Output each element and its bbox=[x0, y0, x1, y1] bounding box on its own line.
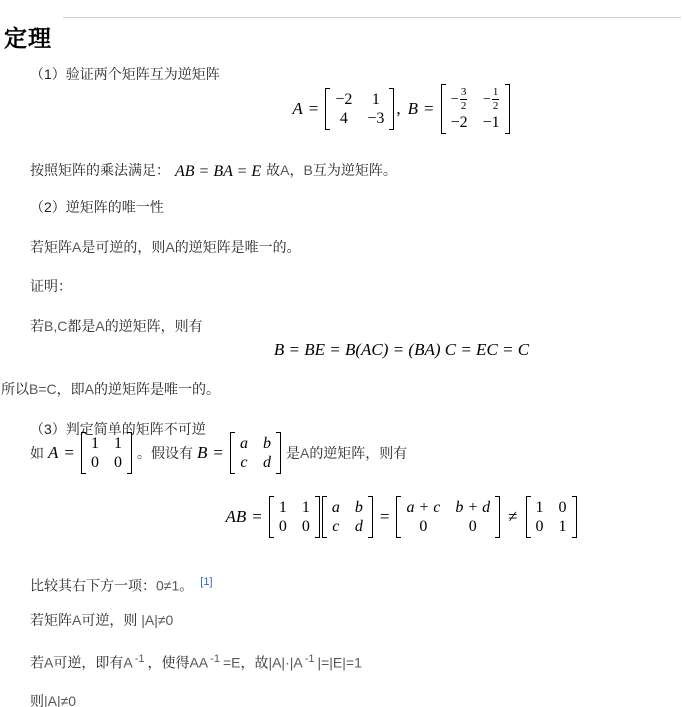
matrix-cell: 0 bbox=[302, 517, 310, 536]
denominator: 2 bbox=[460, 99, 468, 113]
expr-det-nonzero: |A|≠0 bbox=[141, 612, 173, 628]
matrix-B: a b c d bbox=[230, 432, 281, 474]
var-A: A bbox=[95, 318, 104, 334]
equals-sign: = bbox=[252, 507, 262, 527]
right-bracket bbox=[572, 496, 577, 538]
paragraph-text: 是 bbox=[286, 443, 300, 463]
right-bracket bbox=[368, 496, 373, 538]
paragraph-text: 所以 bbox=[1, 381, 29, 397]
matrix-cell: d bbox=[355, 517, 363, 536]
matrix-1: 1 1 0 0 bbox=[269, 496, 320, 538]
matrix-cell: 1 bbox=[536, 498, 544, 517]
section-heading: 定理 bbox=[4, 20, 52, 53]
expr-equals-E: =E bbox=[223, 655, 241, 671]
expr-b-equals-c: B=C bbox=[29, 381, 57, 397]
not-equal-sign: ≠ bbox=[508, 507, 517, 527]
heading-divider bbox=[63, 17, 681, 18]
superscript-inverse: -1 bbox=[210, 653, 220, 665]
paragraph-text: ，故 bbox=[240, 655, 268, 671]
paragraph-text: 的逆矩阵是唯一的。 bbox=[175, 239, 301, 255]
equals-sign: = bbox=[424, 99, 434, 119]
matrix-cell: 0 bbox=[114, 453, 122, 472]
fraction-cell: − 3 2 bbox=[451, 86, 467, 113]
matrix-cell: a bbox=[240, 434, 248, 453]
matrix-cell: b + d bbox=[455, 498, 490, 517]
paragraph-det-nonzero: 若矩阵A可逆，则 |A|≠0 bbox=[30, 611, 173, 630]
equals-sign: = bbox=[380, 507, 390, 527]
comma: , bbox=[396, 99, 400, 119]
matrix-cell: 1 bbox=[302, 498, 310, 517]
matrix-A: −2 1 4 −3 bbox=[325, 88, 394, 130]
expr-det-product: |A|·|A bbox=[268, 655, 302, 671]
expr-det-nonzero: |A|≠0 bbox=[44, 693, 76, 707]
paragraph-text: 若矩阵 bbox=[30, 239, 72, 255]
formula-row: A = −2 1 4 −3 , B = − bbox=[292, 84, 510, 134]
paragraph-text: 若矩阵 bbox=[30, 612, 72, 628]
paragraph-text: ，使得 bbox=[147, 655, 189, 671]
paragraph-text: 的逆矩阵是唯一的。 bbox=[94, 381, 220, 397]
paragraph-text: ，即 bbox=[57, 381, 85, 397]
right-bracket bbox=[276, 432, 281, 474]
matrix-cell: b bbox=[355, 498, 363, 517]
paragraph-text: 的逆矩阵，则有 bbox=[309, 443, 407, 463]
expr-zero-neq-one: 0≠1 bbox=[156, 578, 179, 594]
inline-formula-ab-ba-e: AB = BA = E bbox=[175, 163, 261, 180]
matrix-cell: −2 bbox=[335, 90, 352, 109]
citation-ref-link[interactable]: [1] bbox=[200, 576, 212, 588]
matrix-cell: −3 bbox=[367, 109, 384, 128]
matrix-cell: −1 bbox=[483, 113, 500, 132]
var-B: B bbox=[197, 443, 207, 463]
var-A: A bbox=[44, 655, 53, 671]
paragraph-text: 是可逆的，则 bbox=[81, 239, 165, 255]
denominator: 2 bbox=[492, 99, 500, 113]
var-A: A bbox=[300, 445, 309, 461]
paragraph-text: （1）验证两个矩阵互为逆矩阵 bbox=[30, 66, 220, 82]
matrix-cell: b bbox=[263, 434, 271, 453]
matrix-cell: 1 bbox=[559, 517, 567, 536]
paragraph-text: 可逆，则 bbox=[81, 612, 141, 628]
var-A: A bbox=[165, 239, 174, 255]
paragraph-therefore: 所以B=C，即A的逆矩阵是唯一的。 bbox=[1, 380, 220, 399]
display-formula-b-equals-c: B = BE = B(AC) = (BA) C = EC = C bbox=[0, 340, 683, 360]
right-bracket bbox=[495, 496, 500, 538]
var-A: A bbox=[123, 655, 132, 671]
var-A: A bbox=[280, 162, 289, 178]
matrix-A: 1 1 0 0 bbox=[81, 432, 132, 474]
right-bracket bbox=[315, 496, 320, 538]
paragraph-text: 证明： bbox=[30, 278, 72, 294]
paragraph-text: 的逆矩阵，则有 bbox=[105, 318, 203, 334]
equals-sign: = bbox=[309, 99, 319, 119]
inline-matrix-A-def: A = 1 1 0 0 bbox=[48, 432, 133, 474]
paragraph-conclusion: 则|A|≠0 bbox=[30, 692, 76, 707]
var-A: A bbox=[85, 381, 94, 397]
matrix-cell: a + c bbox=[406, 498, 440, 517]
matrix-cell: 1 bbox=[91, 434, 99, 453]
article-page: 定理 （1）验证两个矩阵互为逆矩阵 A = −2 1 4 −3 , B = bbox=[0, 0, 683, 707]
paragraph-text: 互为逆矩阵。 bbox=[313, 162, 397, 178]
expr-det-result: |=|E|=1 bbox=[317, 655, 361, 671]
matrix-2: a b c d bbox=[322, 496, 373, 538]
matrix-cell: 0 bbox=[559, 498, 567, 517]
paragraph-uniqueness: 若矩阵A是可逆的，则A的逆矩阵是唯一的。 bbox=[30, 238, 301, 257]
paragraph-text: （2）逆矩阵的唯一性 bbox=[30, 199, 164, 215]
minus-sign: − bbox=[451, 90, 459, 109]
fraction-cell: − 1 2 bbox=[483, 86, 499, 113]
paragraph-multiplication: 按照矩阵的乘法满足：AB = BA = E故A，B互为逆矩阵。 bbox=[30, 161, 397, 181]
paragraph-text: 。假设有 bbox=[137, 443, 193, 463]
matrix-cell: c bbox=[240, 453, 247, 472]
paragraph-text: 。 bbox=[179, 578, 193, 594]
paragraph-text: 则 bbox=[30, 693, 44, 707]
numerator: 3 bbox=[461, 86, 467, 99]
matrix-cell: 0 bbox=[279, 517, 287, 536]
matrix-cell: 0 bbox=[91, 453, 99, 472]
vars-BC: B,C bbox=[44, 318, 67, 334]
matrix-result: a + c b + d 0 0 bbox=[396, 496, 500, 538]
right-bracket bbox=[127, 432, 132, 474]
matrix-B: − 3 2 − 1 2 −2 −1 bbox=[441, 84, 510, 134]
paragraph-item-2: （2）逆矩阵的唯一性 bbox=[30, 198, 164, 217]
matrix-cell: 1 bbox=[114, 434, 122, 453]
superscript-inverse: -1 bbox=[135, 653, 145, 665]
paragraph-text: 比较其右下方一项： bbox=[30, 578, 156, 594]
matrix-cell: 0 bbox=[419, 517, 427, 536]
expr-AB: AB bbox=[225, 507, 246, 527]
numerator: 1 bbox=[493, 86, 499, 99]
right-bracket bbox=[389, 88, 394, 130]
paragraph-text: ， bbox=[290, 162, 304, 178]
paragraph-text: 故 bbox=[266, 162, 280, 178]
matrix-cell: 0 bbox=[536, 517, 544, 536]
paragraph-text: 若 bbox=[30, 318, 44, 334]
matrix-cell: 0 bbox=[469, 517, 477, 536]
matrix-cell: a bbox=[332, 498, 340, 517]
equals-sign: = bbox=[64, 443, 74, 463]
var-A: A bbox=[48, 443, 58, 463]
superscript-inverse: -1 bbox=[305, 653, 315, 665]
matrix-cell: −2 bbox=[451, 113, 468, 132]
var-A: A bbox=[72, 239, 81, 255]
right-bracket bbox=[505, 84, 510, 134]
paragraph-text: 按照矩阵的乘法满足： bbox=[30, 162, 170, 178]
equals-sign: = bbox=[213, 443, 223, 463]
var-B: B bbox=[408, 99, 418, 119]
display-formula-ab-matrices: A = −2 1 4 −3 , B = − bbox=[0, 84, 683, 134]
paragraph-inline-matrices: 如 A = 1 1 0 0 。假设有 B = a bbox=[30, 429, 407, 477]
paragraph-b-c-inverse: 若B,C都是A的逆矩阵，则有 bbox=[30, 317, 203, 336]
minus-sign: − bbox=[483, 90, 491, 109]
var-B: B bbox=[304, 162, 313, 178]
matrix-cell: 4 bbox=[340, 109, 348, 128]
matrix-cell: 1 bbox=[279, 498, 287, 517]
inline-matrix-B-def: B = a b c d bbox=[197, 432, 282, 474]
paragraph-inverse-det: 若A可逆，即有A-1，使得AA-1=E，故|A|·|A-1|=|E|=1 bbox=[30, 650, 362, 673]
paragraph-text: 如 bbox=[30, 443, 44, 463]
display-formula-ab-product: AB = 1 1 0 0 a b c d bbox=[0, 496, 683, 538]
var-A: A bbox=[72, 612, 81, 628]
paragraph-text: 若 bbox=[30, 655, 44, 671]
paragraph-proof-label: 证明： bbox=[30, 277, 72, 296]
paragraph-item-1: （1）验证两个矩阵互为逆矩阵 bbox=[30, 65, 220, 84]
matrix-cell: c bbox=[332, 517, 339, 536]
formula-text: B = BE = B(AC) = (BA) C = EC = C bbox=[274, 340, 529, 359]
paragraph-text: 都是 bbox=[67, 318, 95, 334]
formula-row: AB = 1 1 0 0 a b c d bbox=[225, 496, 577, 538]
var-A: A bbox=[292, 99, 302, 119]
paragraph-compare: 比较其右下方一项：0≠1。[1] bbox=[30, 573, 213, 596]
paragraph-text: 可逆，即有 bbox=[53, 655, 123, 671]
matrix-cell: 1 bbox=[372, 90, 380, 109]
matrix-cell: d bbox=[263, 453, 271, 472]
matrix-identity: 1 0 0 1 bbox=[526, 496, 577, 538]
expr-AA: AA bbox=[189, 655, 208, 671]
